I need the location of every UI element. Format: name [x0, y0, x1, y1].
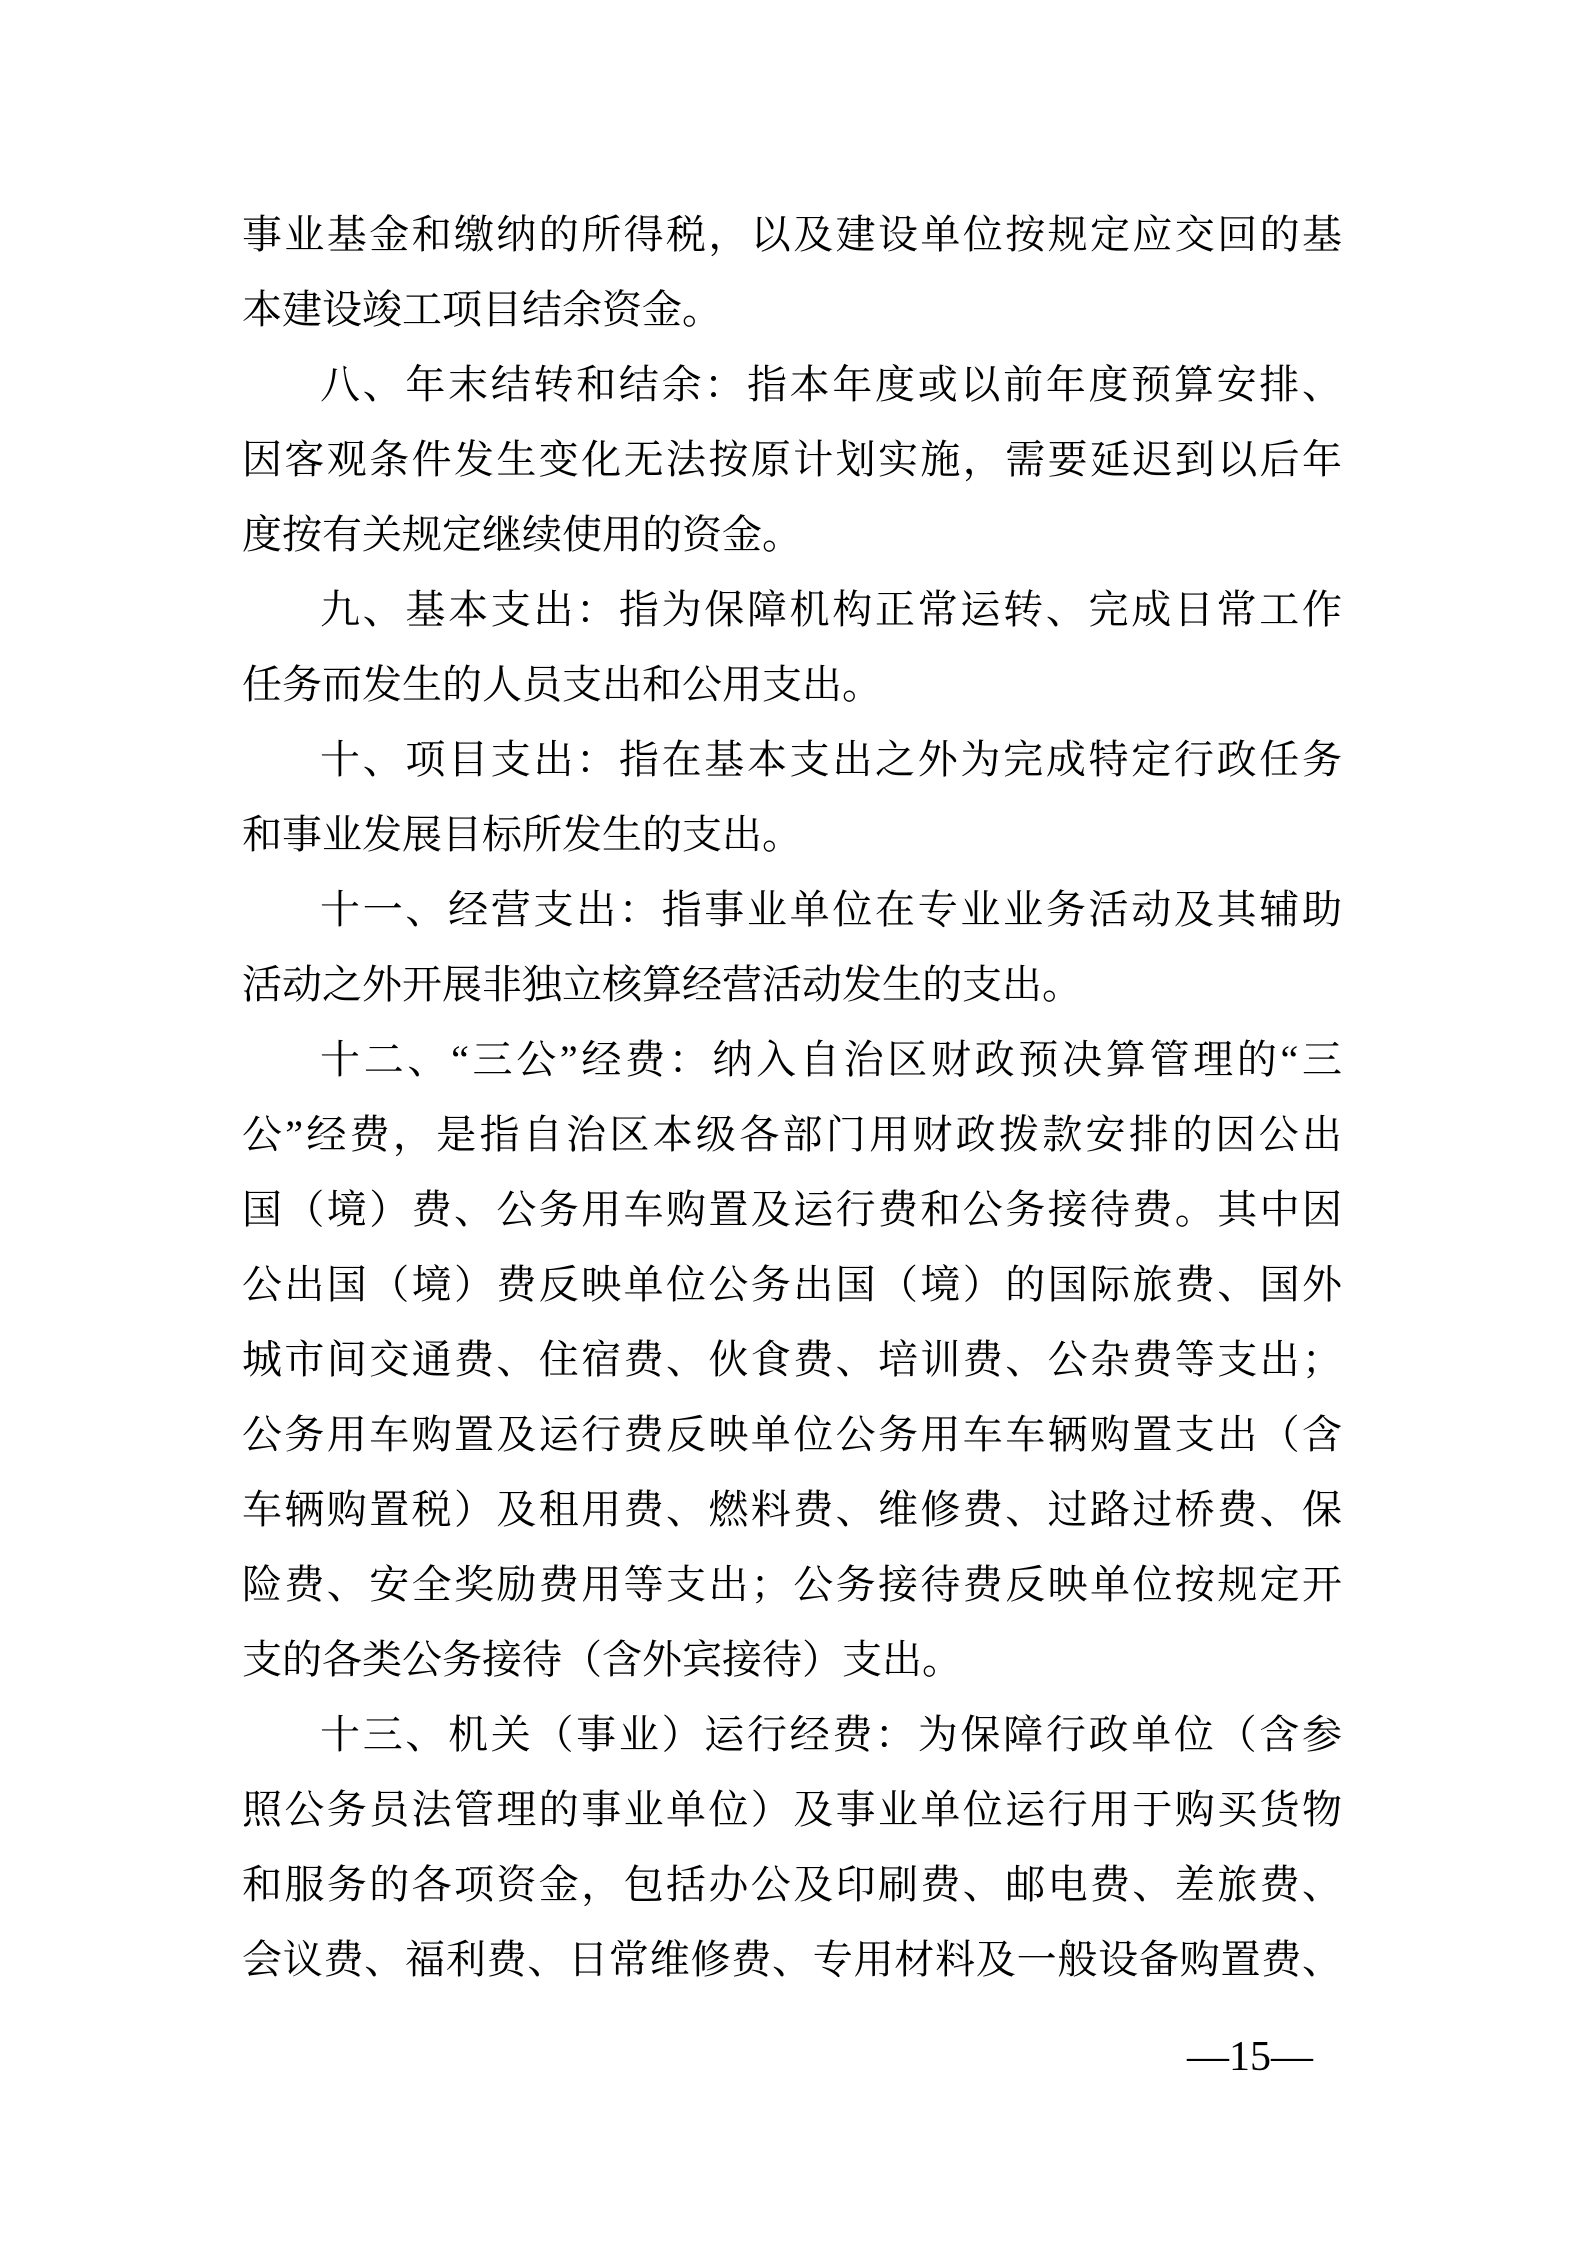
- text-line: 活动之外开展非独立核算经营活动发生的支出。: [242, 947, 1342, 1022]
- text-line: 国（境）费、公务用车购置及运行费和公务接待费。其中因: [242, 1172, 1342, 1247]
- text-line: 城市间交通费、住宿费、伙食费、培训费、公杂费等支出；: [242, 1322, 1342, 1397]
- text-line: 支的各类公务接待（含外宾接待）支出。: [242, 1622, 1342, 1697]
- text-line: 度按有关规定继续使用的资金。: [242, 497, 1342, 572]
- text-line: 因客观条件发生变化无法按原计划实施，需要延迟到以后年: [242, 422, 1342, 497]
- text-line: 十三、机关（事业）运行经费：为保障行政单位（含参: [242, 1697, 1342, 1772]
- text-line: 本建设竣工项目结余资金。: [242, 272, 1342, 347]
- text-line: 九、基本支出：指为保障机构正常运转、完成日常工作: [242, 572, 1342, 647]
- text-line: 十一、经营支出：指事业单位在专业业务活动及其辅助: [242, 872, 1342, 947]
- page-number: —15—: [1187, 2036, 1313, 2078]
- text-line: 公”经费，是指自治区本级各部门用财政拨款安排的因公出: [242, 1097, 1342, 1172]
- text-line: 会议费、福利费、日常维修费、专用材料及一般设备购置费、: [242, 1922, 1342, 1997]
- document-page: 事业基金和缴纳的所得税，以及建设单位按规定应交回的基本建设竣工项目结余资金。八、…: [0, 0, 1587, 2245]
- document-body-text: 事业基金和缴纳的所得税，以及建设单位按规定应交回的基本建设竣工项目结余资金。八、…: [242, 197, 1342, 1997]
- text-line: 车辆购置税）及租用费、燃料费、维修费、过路过桥费、保: [242, 1472, 1342, 1547]
- text-line: 险费、安全奖励费用等支出；公务接待费反映单位按规定开: [242, 1547, 1342, 1622]
- text-line: 十二、“三公”经费：纳入自治区财政预决算管理的“三: [242, 1022, 1342, 1097]
- text-line: 和事业发展目标所发生的支出。: [242, 797, 1342, 872]
- text-line: 任务而发生的人员支出和公用支出。: [242, 647, 1342, 722]
- text-line: 照公务员法管理的事业单位）及事业单位运行用于购买货物: [242, 1772, 1342, 1847]
- text-line: 事业基金和缴纳的所得税，以及建设单位按规定应交回的基: [242, 197, 1342, 272]
- text-line: 十、项目支出：指在基本支出之外为完成特定行政任务: [242, 722, 1342, 797]
- text-line: 八、年末结转和结余：指本年度或以前年度预算安排、: [242, 347, 1342, 422]
- text-line: 公务用车购置及运行费反映单位公务用车车辆购置支出（含: [242, 1397, 1342, 1472]
- text-line: 和服务的各项资金，包括办公及印刷费、邮电费、差旅费、: [242, 1847, 1342, 1922]
- text-line: 公出国（境）费反映单位公务出国（境）的国际旅费、国外: [242, 1247, 1342, 1322]
